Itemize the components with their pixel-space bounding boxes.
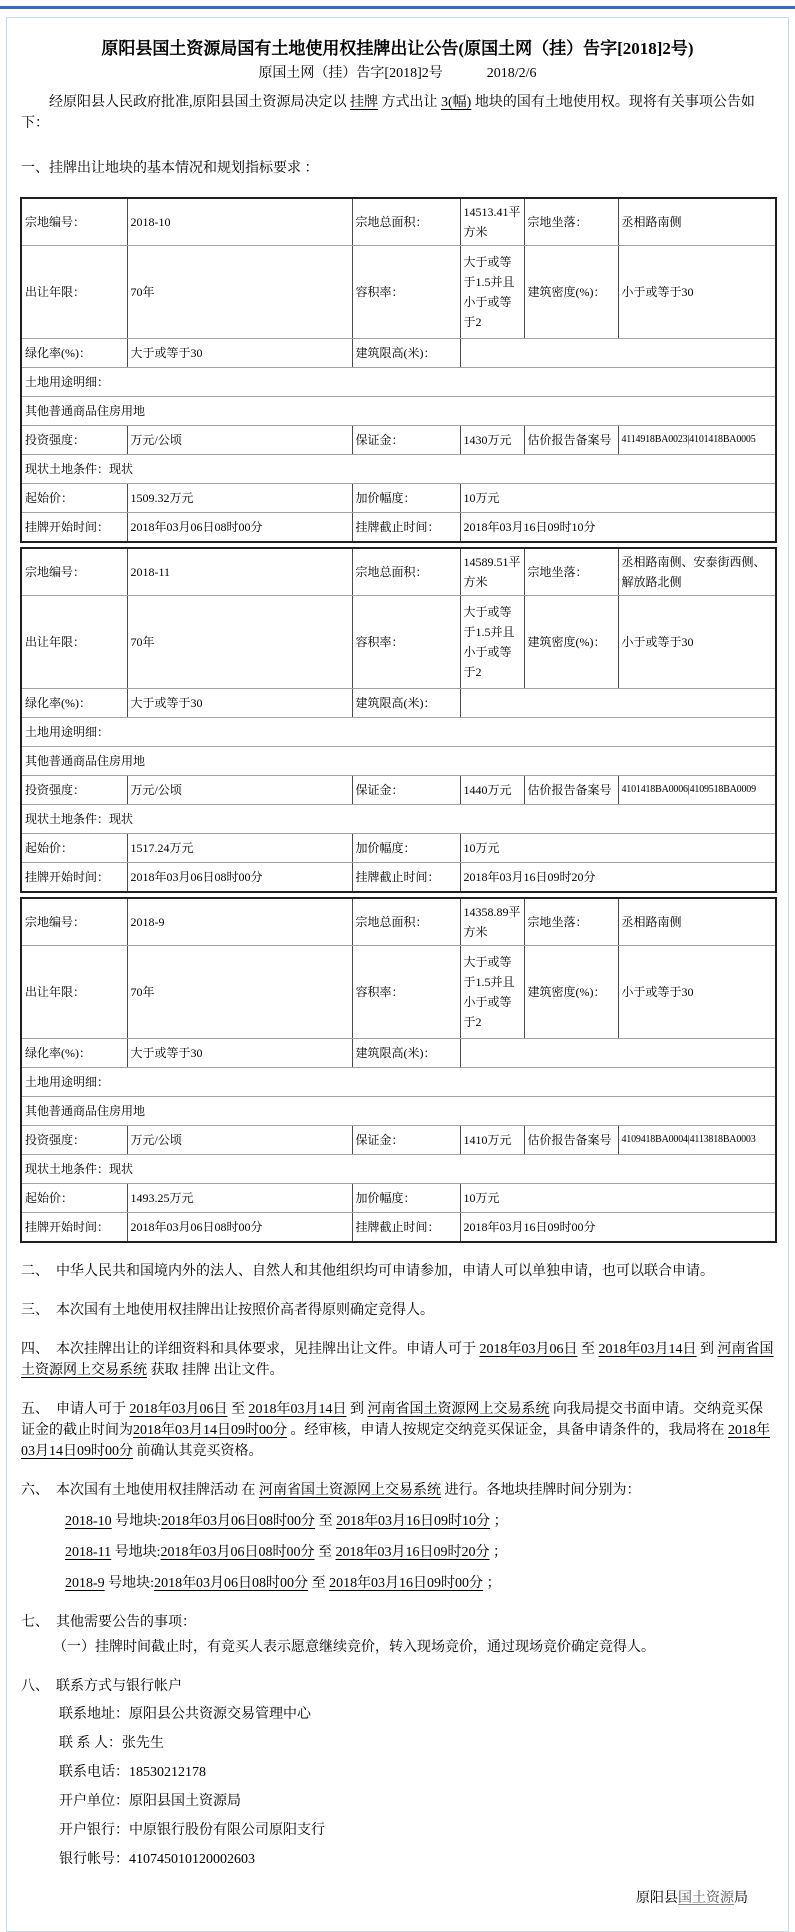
account-holder: 开户单位：原阳县国土资源局 — [59, 1791, 774, 1813]
listing-start-label: 挂牌开始时间： — [21, 513, 127, 543]
contact-address: 联系地址：原阳县公共资源交易管理中心 — [59, 1704, 774, 1726]
height-limit-value — [460, 1039, 776, 1068]
table-row: 出让年限： 70年 容积率： 大于或等于1.5并且小于或等于2 建筑密度(%)：… — [21, 246, 776, 339]
total-area-value: 14358.89平方米 — [460, 898, 524, 946]
text-segment: 至 — [228, 1402, 249, 1417]
land-use-detail-label: 土地用途明细： — [21, 368, 776, 397]
text-segment: 至 — [315, 1545, 336, 1560]
table-row: 现状土地条件：现状 — [21, 455, 776, 484]
section-7-heading: 七、 其他需要公告的事项： — [21, 1612, 774, 1633]
land-use-detail-label: 土地用途明细： — [21, 1068, 776, 1097]
deposit-label: 保证金： — [352, 1126, 460, 1155]
table-row: 其他普通商品住房用地 — [21, 747, 776, 776]
term-value: 70年 — [127, 596, 352, 689]
investment-label: 投资强度： — [21, 426, 127, 455]
table-row: 现状土地条件：现状 — [21, 805, 776, 834]
text-segment: 至 — [578, 1342, 599, 1357]
deposit-value: 1410万元 — [460, 1126, 524, 1155]
term-label: 出让年限： — [21, 246, 127, 339]
total-area-value: 14589.51平方米 — [460, 548, 524, 596]
parcel-no-label: 宗地编号： — [21, 198, 127, 246]
location-value: 丞相路南侧 — [618, 898, 776, 946]
section-8-heading: 八、 联系方式与银行帐户 — [21, 1676, 774, 1697]
increment-value: 10万元 — [460, 834, 776, 863]
table-row: 土地用途明细： — [21, 1068, 776, 1097]
report-no-value: 4109418BA0004|4113818BA0003 — [618, 1126, 776, 1155]
underlined-text: 河南省国土资源网上交易系统 — [368, 1402, 550, 1417]
listing-start-value: 2018年03月06日08时00分 — [127, 513, 352, 543]
underlined-text: 2018年03月06日08时00分 — [154, 1576, 308, 1591]
land-use-value: 其他普通商品住房用地 — [21, 397, 776, 426]
plot-ratio-label: 容积率： — [352, 246, 460, 339]
report-no-value: 4101418BA0006|4109518BA0009 — [618, 776, 776, 805]
underlined-text: 2018年03月14日 — [249, 1402, 347, 1417]
land-use-detail-label: 土地用途明细： — [21, 718, 776, 747]
text-segment: 进行。各地块挂牌时间分别为： — [441, 1483, 641, 1498]
section-6-heading: 六、 本次国有土地使用权挂牌活动 在 河南省国土资源网上交易系统 进行。各地块挂… — [21, 1480, 774, 1501]
table-row: 宗地编号： 2018-11 宗地总面积： 14589.51平方米 宗地坐落： 丞… — [21, 548, 776, 596]
land-condition: 现状土地条件：现状 — [21, 805, 776, 834]
underlined-text: 2018年03月06日08时00分 — [161, 1514, 315, 1529]
land-use-value: 其他普通商品住房用地 — [21, 1097, 776, 1126]
investment-label: 投资强度： — [21, 776, 127, 805]
text-segment: 五、 申请人可于 — [21, 1402, 130, 1417]
text-segment: 号地块: — [111, 1545, 160, 1560]
table-row: 土地用途明细： — [21, 368, 776, 397]
plot-ratio-label: 容积率： — [352, 946, 460, 1039]
listing-time-item-1: 2018-10 号地块:2018年03月06日08时00分 至 2018年03月… — [65, 1511, 774, 1532]
deposit-label: 保证金： — [352, 776, 460, 805]
total-area-label: 宗地总面积： — [352, 198, 460, 246]
land-use-value: 其他普通商品住房用地 — [21, 747, 776, 776]
underlined-text: 2018年03月06日08时00分 — [161, 1545, 315, 1560]
parcel-no-value: 2018-9 — [127, 898, 352, 946]
doc-number: 原国土网（挂）告字[2018]2号 — [258, 66, 442, 81]
table-row: 挂牌开始时间： 2018年03月06日08时00分 挂牌截止时间： 2018年0… — [21, 863, 776, 893]
text-segment: 六、 本次国有土地使用权挂牌活动 在 — [21, 1483, 259, 1498]
investment-label: 投资强度： — [21, 1126, 127, 1155]
start-price-value: 1509.32万元 — [127, 484, 352, 513]
underlined-text: 2018年03月06日 — [480, 1342, 578, 1357]
plot-ratio-value: 大于或等于1.5并且小于或等于2 — [460, 946, 524, 1039]
parcel-table-1: 宗地编号： 2018-10 宗地总面积： 14513.41平方米 宗地坐落： 丞… — [20, 197, 777, 543]
listing-end-value: 2018年03月16日09时00分 — [460, 1213, 776, 1243]
table-row: 起始价： 1509.32万元 加价幅度： 10万元 — [21, 484, 776, 513]
listing-end-label: 挂牌截止时间： — [352, 1213, 460, 1243]
bank-name: 开户银行：中原银行股份有限公司原阳支行 — [59, 1820, 774, 1842]
deposit-label: 保证金： — [352, 426, 460, 455]
table-row: 起始价： 1517.24万元 加价幅度： 10万元 — [21, 834, 776, 863]
table-row: 绿化率(%)： 大于或等于30 建筑限高(米)： — [21, 1039, 776, 1068]
density-label: 建筑密度(%)： — [524, 246, 618, 339]
increment-value: 10万元 — [460, 484, 776, 513]
doc-date: 2018/2/6 — [487, 66, 537, 81]
table-row: 出让年限： 70年 容积率： 大于或等于1.5并且小于或等于2 建筑密度(%)：… — [21, 596, 776, 689]
height-limit-label: 建筑限高(米)： — [352, 689, 460, 718]
report-no-label: 估价报告备案号 — [524, 776, 618, 805]
green-rate-label: 绿化率(%)： — [21, 1039, 127, 1068]
total-area-label: 宗地总面积： — [352, 548, 460, 596]
text-segment: ； — [490, 1514, 508, 1529]
increment-label: 加价幅度： — [352, 1184, 460, 1213]
underlined-text: 2018年03月16日09时00分 — [329, 1576, 483, 1591]
parcel-no-label: 宗地编号： — [21, 548, 127, 596]
text-segment: 。经审核，申请人按规定交纳竞买保证金，具备申请条件的，我局将在 — [287, 1423, 728, 1438]
investment-value: 万元/公顷 — [127, 426, 352, 455]
listing-end-label: 挂牌截止时间： — [352, 863, 460, 893]
location-value: 丞相路南侧 — [618, 198, 776, 246]
land-condition: 现状土地条件：现状 — [21, 1155, 776, 1184]
table-row: 其他普通商品住房用地 — [21, 397, 776, 426]
underlined-text: 2018年03月06日 — [130, 1402, 228, 1417]
table-row: 其他普通商品住房用地 — [21, 1097, 776, 1126]
green-rate-value: 大于或等于30 — [127, 1039, 352, 1068]
deposit-value: 1440万元 — [460, 776, 524, 805]
green-rate-label: 绿化率(%)： — [21, 339, 127, 368]
table-row: 投资强度： 万元/公顷 保证金： 1440万元 估价报告备案号 4101418B… — [21, 776, 776, 805]
underlined-text: 河南省国土资源网上交易系统 — [259, 1483, 441, 1498]
listing-time-item-2: 2018-11 号地块:2018年03月06日08时00分 至 2018年03月… — [65, 1542, 774, 1563]
listing-end-value: 2018年03月16日09时10分 — [460, 513, 776, 543]
increment-label: 加价幅度： — [352, 484, 460, 513]
land-condition: 现状土地条件：现状 — [21, 455, 776, 484]
text-segment: 至 — [308, 1576, 329, 1591]
listing-time-item-3: 2018-9 号地块:2018年03月06日08时00分 至 2018年03月1… — [65, 1573, 774, 1594]
plot-ratio-value: 大于或等于1.5并且小于或等于2 — [460, 246, 524, 339]
start-price-label: 起始价： — [21, 834, 127, 863]
section-7-item: （一）挂牌时间截止时，有竞买人表示愿意继续竞价，转入现场竞价，通过现场竞价确定竞… — [53, 1637, 774, 1658]
text-segment: 到 — [697, 1342, 718, 1357]
page-title: 原阳县国土资源局国有土地使用权挂牌出让公告(原国土网（挂）告字[2018]2号) — [19, 38, 776, 60]
plot-ratio-value: 大于或等于1.5并且小于或等于2 — [460, 596, 524, 689]
total-area-label: 宗地总面积： — [352, 898, 460, 946]
text-segment: ； — [483, 1576, 501, 1591]
table-row: 投资强度： 万元/公顷 保证金： 1430万元 估价报告备案号 4114918B… — [21, 426, 776, 455]
total-area-value: 14513.41平方米 — [460, 198, 524, 246]
parcel-no-value: 2018-10 — [127, 198, 352, 246]
table-row: 挂牌开始时间： 2018年03月06日08时00分 挂牌截止时间： 2018年0… — [21, 513, 776, 543]
parcel-no-value: 2018-11 — [127, 548, 352, 596]
table-row: 宗地编号： 2018-9 宗地总面积： 14358.89平方米 宗地坐落： 丞相… — [21, 898, 776, 946]
term-label: 出让年限： — [21, 946, 127, 1039]
green-rate-value: 大于或等于30 — [127, 339, 352, 368]
deposit-value: 1430万元 — [460, 426, 524, 455]
top-divider-bar — [0, 6, 795, 9]
table-row: 现状土地条件：现状 — [21, 1155, 776, 1184]
text-segment: 到 — [347, 1402, 368, 1417]
listing-start-value: 2018年03月06日08时00分 — [127, 1213, 352, 1243]
increment-value: 10万元 — [460, 1184, 776, 1213]
investment-value: 万元/公顷 — [127, 776, 352, 805]
plot-ratio-label: 容积率： — [352, 596, 460, 689]
density-label: 建筑密度(%)： — [524, 596, 618, 689]
height-limit-value — [460, 339, 776, 368]
report-no-label: 估价报告备案号 — [524, 426, 618, 455]
listing-end-value: 2018年03月16日09时20分 — [460, 863, 776, 893]
start-price-label: 起始价： — [21, 484, 127, 513]
underlined-text: 2018年03月16日09时10分 — [336, 1514, 490, 1529]
underlined-text: 2018-11 — [65, 1545, 111, 1560]
parcel-table-3: 宗地编号： 2018-9 宗地总面积： 14358.89平方米 宗地坐落： 丞相… — [20, 897, 777, 1243]
location-label: 宗地坐落： — [524, 198, 618, 246]
location-label: 宗地坐落： — [524, 548, 618, 596]
start-price-value: 1517.24万元 — [127, 834, 352, 863]
start-price-value: 1493.25万元 — [127, 1184, 352, 1213]
green-rate-value: 大于或等于30 — [127, 689, 352, 718]
table-row: 绿化率(%)： 大于或等于30 建筑限高(米)： — [21, 339, 776, 368]
underlined-text: 2018-10 — [65, 1514, 112, 1529]
text-segment: 获取 挂牌 出让文件。 — [147, 1363, 284, 1378]
keyword-link: 国土资源 — [678, 1891, 734, 1906]
contact-phone: 联系电话：18530212178 — [59, 1762, 774, 1784]
text-segment: 经原阳县人民政府批准,原阳县国土资源局决定以 — [21, 95, 350, 110]
text-segment: 号地块: — [112, 1514, 161, 1529]
density-label: 建筑密度(%)： — [524, 946, 618, 1039]
text-segment: 号地块: — [105, 1576, 154, 1591]
intro-paragraph: 经原阳县人民政府批准,原阳县国土资源局决定以 挂牌 方式出让 3(幅) 地块的国… — [21, 92, 774, 134]
parcel-table-2: 宗地编号： 2018-11 宗地总面积： 14589.51平方米 宗地坐落： 丞… — [20, 547, 777, 893]
density-value: 小于或等于30 — [618, 246, 776, 339]
table-row: 宗地编号： 2018-10 宗地总面积： 14513.41平方米 宗地坐落： 丞… — [21, 198, 776, 246]
table-row: 土地用途明细： — [21, 718, 776, 747]
report-no-label: 估价报告备案号 — [524, 1126, 618, 1155]
listing-end-label: 挂牌截止时间： — [352, 513, 460, 543]
table-row: 出让年限： 70年 容积率： 大于或等于1.5并且小于或等于2 建筑密度(%)：… — [21, 946, 776, 1039]
section-4-paragraph: 四、 本次挂牌出让的详细资料和具体要求，见挂牌出让文件。申请人可于 2018年0… — [21, 1339, 774, 1381]
underlined-text: 2018-9 — [65, 1576, 105, 1591]
text-segment: 局 — [734, 1891, 748, 1906]
height-limit-label: 建筑限高(米)： — [352, 1039, 460, 1068]
underlined-text: 挂牌 — [350, 95, 378, 110]
underlined-text: 3(幅) — [441, 95, 471, 110]
location-label: 宗地坐落： — [524, 898, 618, 946]
text-segment: 前确认其竞买资格。 — [133, 1444, 263, 1459]
table-row: 挂牌开始时间： 2018年03月06日08时00分 挂牌截止时间： 2018年0… — [21, 1213, 776, 1243]
density-value: 小于或等于30 — [618, 946, 776, 1039]
table-row: 起始价： 1493.25万元 加价幅度： 10万元 — [21, 1184, 776, 1213]
signature: 原阳县国土资源局 — [19, 1887, 776, 1907]
underlined-text: 2018年03月14日 — [599, 1342, 697, 1357]
document-page: 原阳县国土资源局国有土地使用权挂牌出让公告(原国土网（挂）告字[2018]2号)… — [6, 17, 789, 1932]
listing-start-value: 2018年03月06日08时00分 — [127, 863, 352, 893]
increment-label: 加价幅度： — [352, 834, 460, 863]
listing-start-label: 挂牌开始时间： — [21, 1213, 127, 1243]
section-1-heading: 一、挂牌出让地块的基本情况和规划指标要求 ： — [21, 158, 774, 179]
section-5-paragraph: 五、 申请人可于 2018年03月06日 至 2018年03月14日 到 河南省… — [21, 1399, 774, 1462]
contact-person: 联 系 人：张先生 — [59, 1733, 774, 1755]
doc-meta-line: 原国土网（挂）告字[2018]2号2018/2/6 — [19, 64, 776, 84]
bank-account-number: 银行帐号：410745010120002603 — [59, 1849, 774, 1871]
text-segment: ； — [490, 1545, 508, 1560]
term-label: 出让年限： — [21, 596, 127, 689]
green-rate-label: 绿化率(%)： — [21, 689, 127, 718]
investment-value: 万元/公顷 — [127, 1126, 352, 1155]
height-limit-label: 建筑限高(米)： — [352, 339, 460, 368]
start-price-label: 起始价： — [21, 1184, 127, 1213]
report-no-value: 4114918BA0023|4101418BA0005 — [618, 426, 776, 455]
text-segment: 至 — [315, 1514, 336, 1529]
parcel-no-label: 宗地编号： — [21, 898, 127, 946]
density-value: 小于或等于30 — [618, 596, 776, 689]
text-segment: 四、 本次挂牌出让的详细资料和具体要求，见挂牌出让文件。申请人可于 — [21, 1342, 480, 1357]
underlined-text: 2018年03月16日09时20分 — [336, 1545, 490, 1560]
term-value: 70年 — [127, 946, 352, 1039]
text-segment: 原阳县 — [636, 1891, 678, 1906]
listing-start-label: 挂牌开始时间： — [21, 863, 127, 893]
section-2-paragraph: 二、 中华人民共和国境内外的法人、自然人和其他组织均可申请参加，申请人可以单独申… — [21, 1261, 774, 1282]
term-value: 70年 — [127, 246, 352, 339]
text-segment: 方式出让 — [378, 95, 441, 110]
underlined-text: 2018年03月14日09时00分 — [133, 1423, 287, 1438]
section-3-paragraph: 三、 本次国有土地使用权挂牌出让按照价高者得原则确定竞得人。 — [21, 1300, 774, 1321]
table-row: 绿化率(%)： 大于或等于30 建筑限高(米)： — [21, 689, 776, 718]
table-row: 投资强度： 万元/公顷 保证金： 1410万元 估价报告备案号 4109418B… — [21, 1126, 776, 1155]
location-value: 丞相路南侧、安泰街西侧、解放路北侧 — [618, 548, 776, 596]
height-limit-value — [460, 689, 776, 718]
